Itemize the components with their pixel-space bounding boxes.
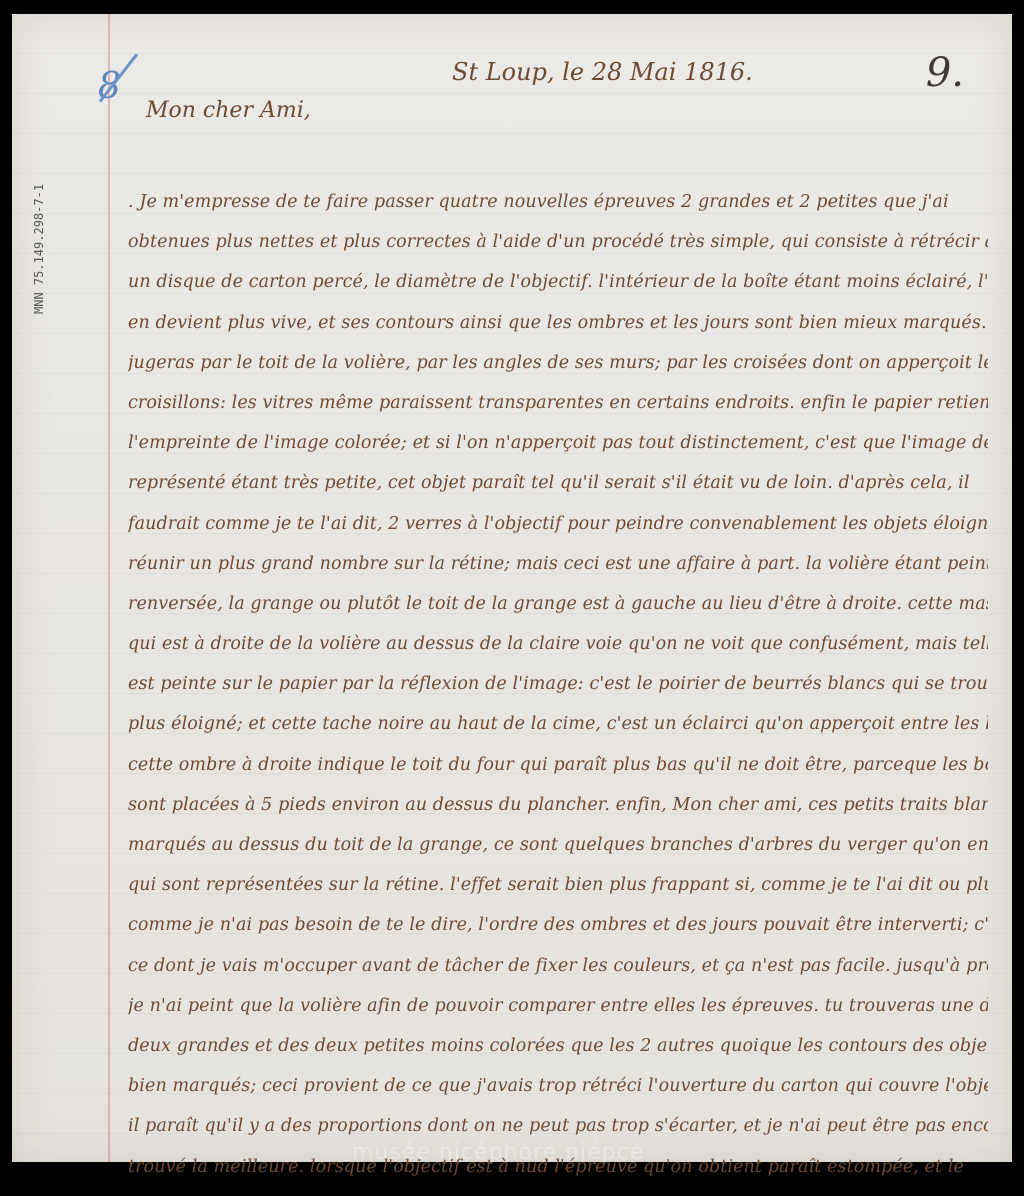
text-line: obtenues plus nettes et plus correctes à…	[128, 222, 988, 262]
text-line: un disque de carton percé, le diamètre d…	[128, 262, 988, 302]
text-line: marqués au dessus du toit de la grange, …	[128, 825, 988, 865]
text-line: est peinte sur le papier par la réflexio…	[128, 664, 988, 704]
text-line: qui est à droite de la volière au dessus…	[128, 624, 988, 664]
text-line: jugeras par le toit de la volière, par l…	[128, 343, 988, 383]
text-line: comme je n'ai pas besoin de te le dire, …	[128, 905, 988, 945]
text-line: représenté étant très petite, cet objet …	[128, 463, 988, 503]
page-number: 9.	[926, 50, 964, 96]
text-line: croisillons: les vitres même paraissent …	[128, 383, 988, 423]
archive-reference: MNN 75.149.298-7-1	[32, 184, 46, 314]
text-line: l'empreinte de l'image colorée; et si l'…	[128, 423, 988, 463]
text-line: cette ombre à droite indique le toit du …	[128, 745, 988, 785]
watermark: musée nicéphore niépce	[352, 1140, 644, 1165]
letter-page: 8 St Loup, le 28 Mai 1816. 9. Mon cher A…	[12, 14, 1012, 1162]
letter-body: . Je m'empresse de te faire passer quatr…	[128, 182, 988, 1187]
text-line: réunir un plus grand nombre sur la rétin…	[128, 544, 988, 584]
text-line: plus éloigné; et cette tache noire au ha…	[128, 704, 988, 744]
red-margin-rule	[108, 14, 110, 1162]
salutation: Mon cher Ami,	[146, 98, 311, 123]
text-line: sont placées à 5 pieds environ au dessus…	[128, 785, 988, 825]
text-line: renversée, la grange ou plutôt le toit d…	[128, 584, 988, 624]
text-line: qui sont représentées sur la rétine. l'e…	[128, 865, 988, 905]
letter-place-date: St Loup, le 28 Mai 1816.	[452, 58, 753, 86]
text-line: en devient plus vive, et ses contours ai…	[128, 303, 988, 343]
text-line: . Je m'empresse de te faire passer quatr…	[128, 182, 988, 222]
text-line: deux grandes et des deux petites moins c…	[128, 1026, 988, 1066]
text-line: bien marqués; ceci provient de ce que j'…	[128, 1066, 988, 1106]
text-line: ce dont je vais m'occuper avant de tâche…	[128, 946, 988, 986]
text-line: faudrait comme je te l'ai dit, 2 verres …	[128, 504, 988, 544]
text-line: je n'ai peint que la volière afin de pou…	[128, 986, 988, 1026]
